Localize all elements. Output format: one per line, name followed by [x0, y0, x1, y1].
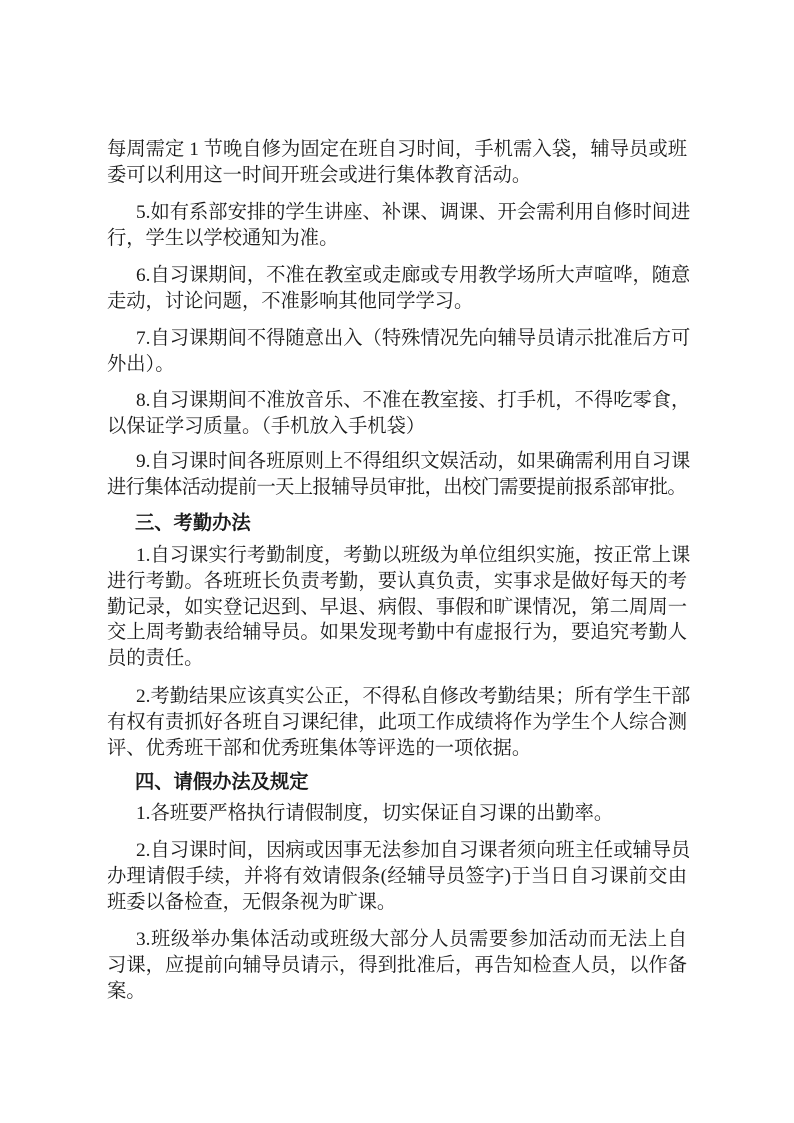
- text-line: 6.自习课期间，不准在教室或走廊或专用教学场所大声喧哗，随意: [107, 263, 687, 289]
- text-line: 勤记录，如实登记迟到、早退、病假、事假和旷课情况，第二周周一: [107, 595, 687, 621]
- text-line: 行，学生以学校通知为准。: [107, 226, 687, 252]
- text-line: 走动，讨论问题，不准影响其他同学学习。: [107, 289, 687, 315]
- document-page: 每周需定 1 节晚自修为固定在班自习时间，手机需入袋，辅导员或班 委可以利用这一…: [0, 0, 794, 1123]
- text-line: 进行集体活动提前一天上报辅导员审批，出校门需要提前报系部审批。: [107, 475, 687, 501]
- text-line: 案。: [107, 979, 687, 1005]
- text-line: 外出）。: [107, 352, 687, 378]
- heading-text: 四、请假办法及规定: [107, 770, 687, 796]
- text-line: 进行考勤。各班班长负责考勤，要认真负责，实事求是做好每天的考: [107, 569, 687, 595]
- paragraph-item-6: 6.自习课期间，不准在教室或走廊或专用教学场所大声喧哗，随意 走动，讨论问题，不…: [107, 263, 687, 315]
- heading-text: 三、考勤办法: [107, 511, 687, 537]
- paragraph-item-5: 5.如有系部安排的学生讲座、补课、调课、开会需利用自修时间进 行，学生以学校通知…: [107, 200, 687, 252]
- text-line: 有权有责抓好各班自习课纪律，此项工作成绩将作为学生个人综合测: [107, 710, 687, 736]
- paragraph-leave-item-3: 3.班级举办集体活动或班级大部分人员需要参加活动而无法上自 习课，应提前向辅导员…: [107, 927, 687, 1004]
- paragraph-attendance-item-2: 2.考勤结果应该真实公正，不得私自修改考勤结果；所有学生干部 有权有责抓好各班自…: [107, 684, 687, 761]
- text-line: 8.自习课期间不准放音乐、不准在教室接、打手机，不得吃零食，: [107, 388, 687, 414]
- paragraph-leave-item-2: 2.自习课时间，因病或因事无法参加自习课者须向班主任或辅导员 办理请假手续，并将…: [107, 838, 687, 915]
- paragraph-item-7: 7.自习课期间不得随意出入（特殊情况先向辅导员请示批准后方可 外出）。: [107, 326, 687, 378]
- text-line: 习课，应提前向辅导员请示，得到批准后，再告知检查人员，以作备: [107, 953, 687, 979]
- text-line: 5.如有系部安排的学生讲座、补课、调课、开会需利用自修时间进: [107, 200, 687, 226]
- paragraph-item-8: 8.自习课期间不准放音乐、不准在教室接、打手机，不得吃零食， 以保证学习质量。（…: [107, 388, 687, 440]
- text-line: 1.自习课实行考勤制度，考勤以班级为单位组织实施，按正常上课: [107, 543, 687, 569]
- text-line: 评、优秀班干部和优秀班集体等评选的一项依据。: [107, 736, 687, 762]
- text-line: 以保证学习质量。（手机放入手机袋）: [107, 414, 687, 440]
- text-line: 每周需定 1 节晚自修为固定在班自习时间，手机需入袋，辅导员或班: [107, 137, 687, 163]
- text-line: 1.各班要严格执行请假制度，切实保证自习课的出勤率。: [107, 801, 687, 827]
- text-line: 办理请假手续，并将有效请假条(经辅导员签字)于当日自习课前交由: [107, 864, 687, 890]
- text-line: 2.自习课时间，因病或因事无法参加自习课者须向班主任或辅导员: [107, 838, 687, 864]
- paragraph-continuation: 每周需定 1 节晚自修为固定在班自习时间，手机需入袋，辅导员或班 委可以利用这一…: [107, 137, 687, 189]
- text-line: 7.自习课期间不得随意出入（特殊情况先向辅导员请示批准后方可: [107, 326, 687, 352]
- section-heading-leave: 四、请假办法及规定: [107, 770, 687, 796]
- paragraph-leave-item-1: 1.各班要严格执行请假制度，切实保证自习课的出勤率。: [107, 801, 687, 827]
- text-line: 2.考勤结果应该真实公正，不得私自修改考勤结果；所有学生干部: [107, 684, 687, 710]
- text-line: 3.班级举办集体活动或班级大部分人员需要参加活动而无法上自: [107, 927, 687, 953]
- text-line: 9.自习课时间各班原则上不得组织文娱活动，如果确需利用自习课: [107, 449, 687, 475]
- text-line: 员的责任。: [107, 646, 687, 672]
- text-line: 委可以利用这一时间开班会或进行集体教育活动。: [107, 163, 687, 189]
- paragraph-item-9: 9.自习课时间各班原则上不得组织文娱活动，如果确需利用自习课 进行集体活动提前一…: [107, 449, 687, 501]
- text-line: 班委以备检查，无假条视为旷课。: [107, 890, 687, 916]
- text-line: 交上周考勤表给辅导员。如果发现考勤中有虚报行为，要追究考勤人: [107, 620, 687, 646]
- section-heading-attendance: 三、考勤办法: [107, 511, 687, 537]
- paragraph-attendance-item-1: 1.自习课实行考勤制度，考勤以班级为单位组织实施，按正常上课 进行考勤。各班班长…: [107, 543, 687, 672]
